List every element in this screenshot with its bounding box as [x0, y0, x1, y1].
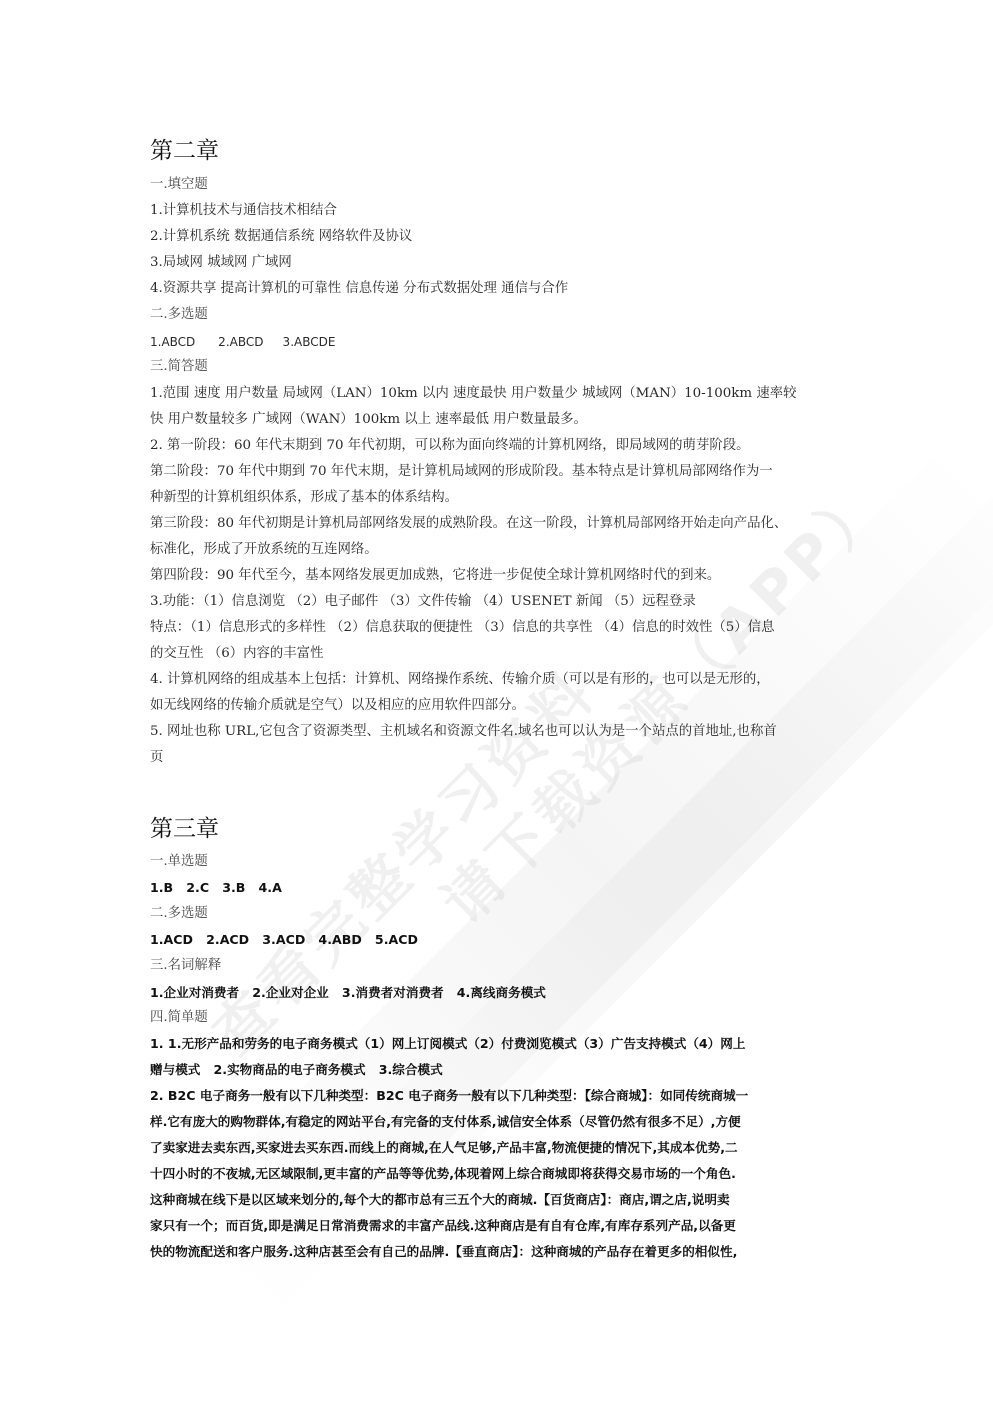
ch2-multiple-choice-answers: 1.ABCD 2.ABCD 3.ABCDE: [150, 333, 335, 351]
ch2-short-answer-line: 1.范围 速度 用户数量 局域网（LAN）10km 以内 速度最快 用户数量少 …: [150, 385, 797, 403]
ch3-short-answer-line: 这种商城在线下是以区域来划分的,每个大的都市总有三五个大的商城.【百货商店】：商…: [150, 1191, 730, 1209]
ch3-short-answer-line: 2. B2C 电子商务一般有以下几种类型：B2C 电子商务一般有以下几种类型：【…: [150, 1087, 748, 1105]
ch2-short-answer-line: 页: [150, 749, 163, 767]
ch2-short-answer-line: 4. 计算机网络的组成基本上包括：计算机、网络操作系统、传输介质（可以是有形的，…: [150, 671, 770, 689]
ch3-terms-heading: 三.名词解释: [150, 957, 221, 975]
ch2-short-answer-line: 3.功能：（1）信息浏览 （2）电子邮件 （3）文件传输 （4）USENET 新…: [150, 593, 696, 611]
ch2-short-answer-line: 第四阶段：90 年代至今，基本网络发展更加成熟，它将进一步促使全球计算机网络时代…: [150, 567, 720, 585]
ch3-short-answer-line: 了卖家进去卖东西,买家进去买东西.而线上的商城,在人气足够,产品丰富,物流便捷的…: [150, 1139, 738, 1157]
ch3-single-choice-heading: 一.单选题: [150, 853, 208, 871]
ch3-short-answer-line: 1. 1.无形产品和劳务的电子商务模式（1）网上订阅模式（2）付费浏览模式（3）…: [150, 1035, 745, 1053]
chapter-3-title: 第三章: [150, 810, 219, 843]
ch2-fill-blank-item: 1.计算机技术与通信技术相结合: [150, 202, 337, 220]
ch2-short-answer-line: 特点：（1）信息形式的多样性 （2）信息获取的便捷性 （3）信息的共享性 （4）…: [150, 619, 774, 637]
ch3-short-answer-line: 快的物流配送和客户服务.这种店甚至会有自己的品牌.【垂直商店】：这种商城的产品存…: [150, 1243, 737, 1261]
ch3-short-answer-heading: 四.简单题: [150, 1009, 208, 1027]
ch3-terms-answers: 1.企业对消费者 2.企业对企业 3.消费者对消费者 4.离线商务模式: [150, 984, 546, 1002]
ch2-short-answer-line: 5. 网址也称 URL,它包含了资源类型、主机域名和资源文件名.域名也可以认为是…: [150, 723, 777, 741]
ch3-short-answer-line: 赠与模式 2.实物商品的电子商务模式 3.综合模式: [150, 1061, 443, 1079]
ch3-short-answer-line: 家只有一个；而百货,即是满足日常消费需求的丰富产品线.这种商店是有自有仓库,有库…: [150, 1217, 736, 1235]
ch3-multiple-choice-answers: 1.ACD 2.ACD 3.ACD 4.ABD 5.ACD: [150, 931, 418, 949]
ch2-short-answer-line: 如无线网络的传输介质就是空气）以及相应的应用软件四部分。: [150, 697, 525, 715]
ch2-short-answer-line: 快 用户数量较多 广域网（WAN）100km 以上 速率最低 用户数量最多。: [150, 411, 587, 429]
ch2-short-answer-line: 标准化，形成了开放系统的互连网络。: [150, 541, 378, 559]
ch2-fill-blank-item: 2.计算机系统 数据通信系统 网络软件及协议: [150, 228, 412, 246]
ch3-single-choice-answers: 1.B 2.C 3.B 4.A: [150, 879, 282, 897]
ch2-short-answer-heading: 三.简答题: [150, 358, 208, 376]
ch2-multiple-choice-heading: 二.多选题: [150, 306, 208, 324]
chapter-2-title: 第二章: [150, 132, 219, 165]
ch2-short-answer-line: 的交互性 （6）内容的丰富性: [150, 645, 323, 663]
ch2-short-answer-line: 第二阶段：70 年代中期到 70 年代末期，是计算机局域网的形成阶段。基本特点是…: [150, 463, 773, 481]
ch2-fill-blank-heading: 一.填空题: [150, 176, 208, 194]
ch3-short-answer-line: 十四小时的不夜城,无区域限制,更丰富的产品等等优势,体现着网上综合商城即将获得交…: [150, 1165, 736, 1183]
ch2-fill-blank-item: 3.局域网 城域网 广域网: [150, 254, 292, 272]
ch3-multiple-choice-heading: 二.多选题: [150, 905, 208, 923]
ch2-short-answer-line: 种新型的计算机组织体系，形成了基本的体系结构。: [150, 489, 458, 507]
ch3-short-answer-line: 样.它有庞大的购物群体,有稳定的网站平台,有完备的支付体系,诚信安全体系（尽管仍…: [150, 1113, 741, 1131]
ch2-short-answer-line: 2. 第一阶段：60 年代末期到 70 年代初期，可以称为面向终端的计算机网络，…: [150, 437, 750, 455]
ch2-short-answer-line: 第三阶段：80 年代初期是计算机局部网络发展的成熟阶段。在这一阶段，计算机局部网…: [150, 515, 787, 533]
ch2-fill-blank-item: 4.资源共享 提高计算机的可靠性 信息传递 分布式数据处理 通信与合作: [150, 280, 568, 298]
